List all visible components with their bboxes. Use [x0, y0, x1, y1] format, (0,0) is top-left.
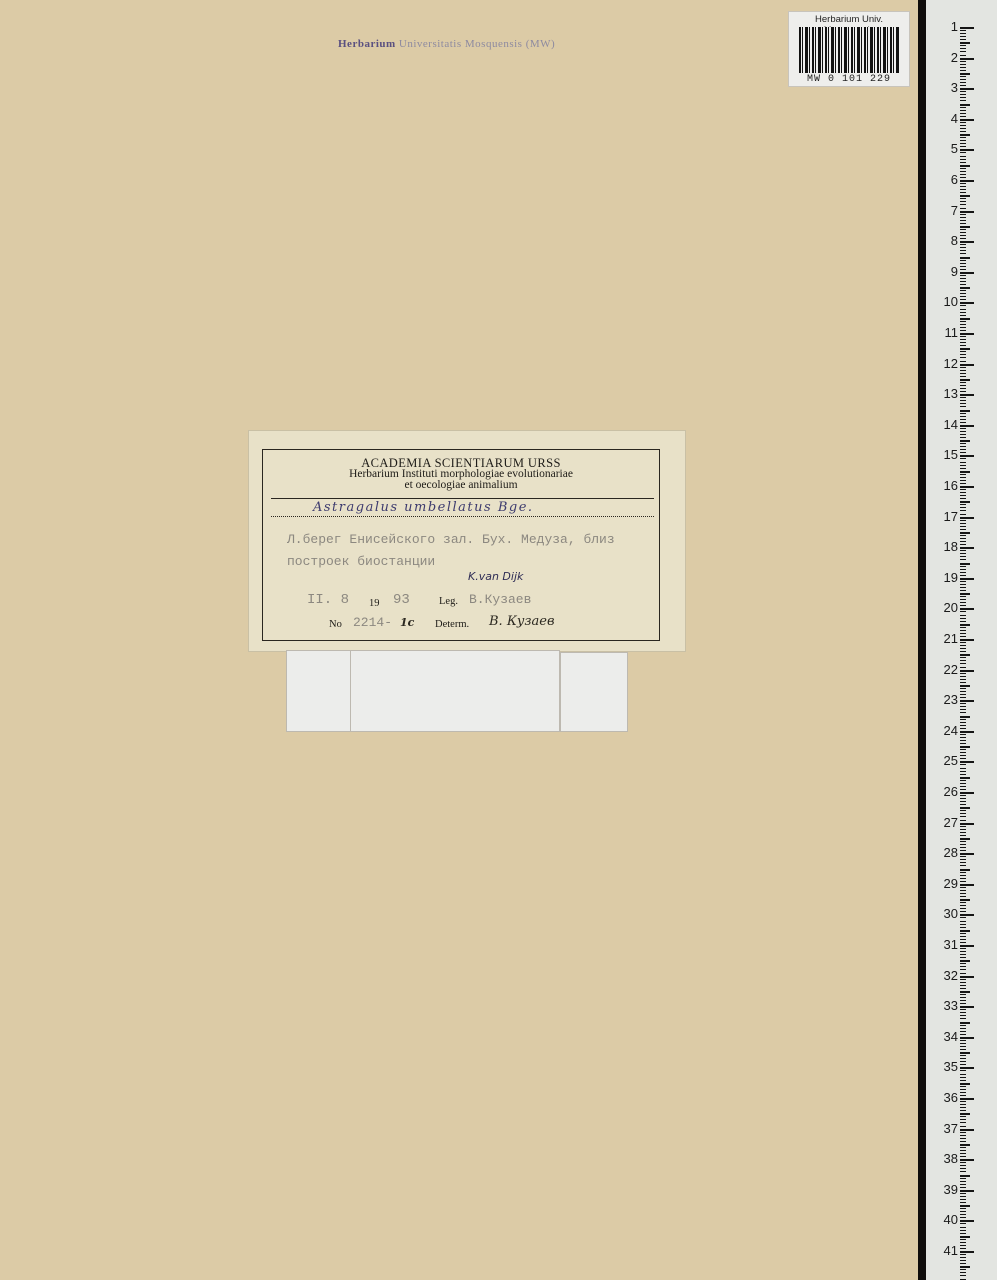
barcode-label: Herbarium Univ. Mosquensis MW 0 101 229	[788, 11, 910, 87]
ruler-tick	[960, 91, 966, 92]
ruler-tick	[960, 1279, 966, 1280]
ruler-tick	[960, 816, 966, 817]
ruler-tick	[960, 327, 966, 328]
ruler-tick	[960, 694, 966, 695]
ruler-tick	[960, 743, 966, 744]
ruler-tick	[960, 253, 966, 254]
collector-annotation: K.van Dijk	[468, 570, 523, 583]
ruler-tick	[960, 771, 966, 772]
ruler-tick	[960, 1245, 966, 1246]
ruler-number: 30	[928, 906, 958, 921]
ruler-tick	[960, 364, 974, 366]
ruler-tick	[960, 621, 966, 622]
ruler-tick	[960, 1248, 966, 1249]
ruler-tick	[960, 27, 974, 29]
ruler-tick	[960, 532, 970, 534]
ruler-tick	[960, 299, 966, 300]
ruler-tick	[960, 899, 970, 901]
ruler-tick	[960, 367, 966, 368]
ruler-tick	[960, 275, 966, 276]
ruler-tick	[960, 905, 966, 906]
ruler-tick	[960, 1275, 966, 1276]
ruler-tick	[960, 878, 966, 879]
ruler-tick	[960, 569, 966, 570]
ruler-tick	[960, 930, 970, 932]
ruler-number: 7	[928, 203, 958, 218]
ruler-tick	[960, 520, 966, 521]
ruler-tick	[960, 719, 966, 720]
ruler-tick	[960, 394, 974, 396]
ruler-tick	[960, 302, 974, 304]
ruler-tick	[960, 651, 966, 652]
ruler-tick	[960, 688, 966, 689]
ruler-tick	[960, 1119, 966, 1120]
ruler-tick	[960, 149, 974, 151]
ruler-tick	[960, 737, 966, 738]
packet-flap-right	[560, 652, 628, 732]
ruler-tick	[960, 985, 966, 986]
ruler-number: 4	[928, 111, 958, 126]
ruler-tick	[960, 339, 966, 340]
ruler-tick	[960, 639, 974, 641]
ruler-tick	[960, 1089, 966, 1090]
ruler-tick	[960, 795, 966, 796]
ruler-tick	[960, 725, 966, 726]
locality-line-1: Л.берег Енисейского зал. Бух. Медуза, бл…	[287, 532, 615, 547]
ruler-tick	[960, 608, 974, 610]
ruler-tick	[960, 587, 966, 588]
ruler-tick	[960, 1269, 966, 1270]
ruler-tick	[960, 419, 966, 420]
ruler-tick	[960, 70, 966, 71]
ruler-tick	[960, 465, 966, 466]
ruler-tick	[960, 1141, 966, 1142]
ruler-tick	[960, 471, 970, 473]
ruler-tick	[960, 535, 966, 536]
divider	[271, 498, 654, 499]
ruler-tick	[960, 691, 966, 692]
ruler-tick	[960, 1126, 966, 1127]
ruler-tick	[960, 523, 966, 524]
ruler-tick	[960, 260, 966, 261]
ruler-tick	[960, 45, 966, 46]
ruler-tick	[960, 566, 966, 567]
ruler-tick	[960, 110, 966, 111]
ruler-tick	[960, 908, 966, 909]
ruler-tick	[960, 1211, 966, 1212]
ruler-tick	[960, 140, 966, 141]
ruler-tick	[960, 584, 966, 585]
ruler-number: 22	[928, 662, 958, 677]
ruler-tick	[960, 611, 966, 612]
ruler-number: 41	[928, 1243, 958, 1258]
ruler-tick	[960, 1190, 974, 1192]
ruler-tick	[960, 1251, 974, 1253]
ruler-number: 8	[928, 233, 958, 248]
ruler-tick	[960, 1058, 966, 1059]
ruler-tick	[960, 1086, 966, 1087]
taxon-name: Astragalus umbellatus Bge.	[313, 500, 534, 515]
ruler-tick	[960, 942, 966, 943]
ruler-tick	[960, 76, 966, 77]
ruler-tick	[960, 804, 966, 805]
ruler-tick	[960, 544, 966, 545]
ruler-tick	[960, 615, 966, 616]
ruler-tick	[960, 266, 966, 267]
ruler-tick	[960, 663, 966, 664]
ruler-tick	[960, 746, 970, 748]
ruler-tick	[960, 468, 966, 469]
ruler-number: 12	[928, 356, 958, 371]
label-frame: ACADEMIA SCIENTIARUM URSS Herbarium Inst…	[262, 449, 660, 641]
ruler-tick	[960, 85, 966, 86]
ruler-tick	[960, 293, 966, 294]
ruler-tick	[960, 755, 966, 756]
ruler-tick	[960, 927, 966, 928]
ruler-tick	[960, 1003, 966, 1004]
ruler-tick	[960, 924, 966, 925]
ruler-tick	[960, 820, 966, 821]
ruler-tick	[960, 1242, 966, 1243]
ruler-tick	[960, 682, 966, 683]
ruler-tick	[960, 287, 970, 289]
herbarium-sheet: Herbarium Universitatis Mosquensis (MW) …	[0, 0, 918, 1280]
ruler-tick	[960, 100, 966, 101]
ruler-tick	[960, 826, 966, 827]
ruler-tick	[960, 768, 966, 769]
ruler-tick	[960, 670, 974, 672]
ruler-tick	[960, 896, 966, 897]
ruler-tick	[960, 315, 966, 316]
ruler-tick	[960, 477, 966, 478]
ruler-tick	[960, 829, 966, 830]
ruler-tick	[960, 624, 970, 626]
ruler-tick	[960, 425, 974, 427]
ruler-tick	[960, 881, 966, 882]
ruler-tick	[960, 921, 966, 922]
ruler-tick	[960, 1202, 966, 1203]
ruler-tick	[960, 1135, 966, 1136]
ruler-tick	[960, 1162, 966, 1163]
ruler-tick	[960, 370, 966, 371]
ruler-number: 34	[928, 1029, 958, 1044]
ruler-tick	[960, 128, 966, 129]
ruler-tick	[960, 42, 970, 44]
ruler-tick	[960, 636, 966, 637]
ruler-number: 38	[928, 1151, 958, 1166]
sheet-edge	[918, 0, 926, 1280]
ruler-tick	[960, 758, 966, 759]
ruler-tick	[960, 777, 970, 779]
ruler-tick	[960, 657, 966, 658]
ruler-tick	[960, 1165, 966, 1166]
ruler-tick	[960, 810, 966, 811]
ruler-tick	[960, 226, 970, 228]
ruler-tick	[960, 1015, 966, 1016]
specimen-label: ACADEMIA SCIENTIARUM URSS Herbarium Inst…	[248, 430, 686, 652]
ruler-tick	[960, 443, 966, 444]
ruler-tick	[960, 486, 974, 488]
packet-flap-left	[286, 650, 351, 732]
ruler-tick	[960, 296, 966, 297]
ruler-number: 39	[928, 1182, 958, 1197]
ruler-tick	[960, 1217, 966, 1218]
ruler-tick	[960, 1122, 966, 1123]
ruler-tick	[960, 410, 970, 412]
ruler-tick	[960, 761, 974, 763]
ruler-number: 24	[928, 723, 958, 738]
ruler-tick	[960, 257, 970, 259]
ruler-tick	[960, 309, 966, 310]
ruler-tick	[960, 48, 966, 49]
ruler-tick	[960, 645, 966, 646]
ruler-tick	[960, 1159, 974, 1161]
ruler-tick	[960, 452, 966, 453]
ruler-tick	[960, 572, 966, 573]
barcode-number: MW 0 101 229	[789, 74, 909, 85]
ruler-tick	[960, 887, 966, 888]
ruler-tick	[960, 529, 966, 530]
ruler-tick	[960, 1138, 966, 1139]
ruler-tick	[960, 198, 966, 199]
ruler-number: 6	[928, 172, 958, 187]
ruler-tick	[960, 605, 966, 606]
ruler-tick	[960, 278, 966, 279]
ruler-tick	[960, 685, 970, 687]
ruler-tick	[960, 991, 970, 993]
ruler-tick	[960, 214, 966, 215]
ruler-tick	[960, 483, 966, 484]
ruler-tick	[960, 1049, 966, 1050]
ruler-tick	[960, 1236, 970, 1238]
ruler-tick	[960, 1095, 966, 1096]
ruler-tick	[960, 590, 966, 591]
ruler-tick	[960, 673, 966, 674]
ruler-tick	[960, 431, 966, 432]
ruler-tick	[960, 933, 966, 934]
ruler-tick	[960, 869, 970, 871]
ruler-tick	[960, 1107, 966, 1108]
ruler-tick	[960, 602, 966, 603]
measurement-ruler: 1234567891011121314151617181920212223242…	[926, 0, 997, 1280]
ruler-tick	[960, 700, 974, 702]
ruler-tick	[960, 740, 966, 741]
ruler-tick	[960, 902, 966, 903]
ruler-number: 20	[928, 600, 958, 615]
ruler-tick	[960, 30, 966, 31]
ruler-tick	[960, 862, 966, 863]
ruler-tick	[960, 1070, 966, 1071]
ruler-tick	[960, 893, 966, 894]
ruler-tick	[960, 1061, 966, 1062]
ruler-tick	[960, 131, 966, 132]
determiner-name: В. Кузаев	[489, 614, 555, 629]
ruler-tick	[960, 397, 966, 398]
ruler-tick	[960, 507, 966, 508]
ruler-tick	[960, 1239, 966, 1240]
ruler-tick	[960, 232, 966, 233]
ruler-tick	[960, 263, 966, 264]
ruler-tick	[960, 400, 966, 401]
ruler-tick	[960, 113, 966, 114]
ruler-tick	[960, 1132, 966, 1133]
ruler-tick	[960, 1046, 966, 1047]
ruler-tick	[960, 731, 974, 733]
ruler-tick	[960, 911, 966, 912]
ruler-tick	[960, 627, 966, 628]
ruler-tick	[960, 1153, 966, 1154]
ruler-tick	[960, 498, 966, 499]
ruler-tick	[960, 403, 966, 404]
ruler-tick	[960, 413, 966, 414]
ruler-number: 16	[928, 478, 958, 493]
ruler-tick	[960, 428, 966, 429]
ruler-tick	[960, 1116, 966, 1117]
collection-date: II. 8	[307, 592, 349, 608]
collection-year: 93	[393, 592, 410, 608]
ruler-tick	[960, 208, 966, 209]
locality-line-2: построек биостанции	[287, 554, 435, 569]
ruler-tick	[960, 180, 974, 182]
ruler-number: 15	[928, 447, 958, 462]
ruler-tick	[960, 1040, 966, 1041]
ruler-tick	[960, 728, 966, 729]
ruler-tick	[960, 939, 966, 940]
ruler-tick	[960, 177, 966, 178]
ruler-tick	[960, 281, 966, 282]
ruler-number: 23	[928, 692, 958, 707]
ruler-number: 21	[928, 631, 958, 646]
ruler-tick	[960, 813, 966, 814]
ruler-tick	[960, 823, 974, 825]
ruler-tick	[960, 489, 966, 490]
ruler-tick	[960, 875, 966, 876]
dotted-divider	[271, 516, 654, 517]
century-label: 19	[369, 598, 380, 609]
ruler-tick	[960, 272, 974, 274]
specimen-packet	[350, 650, 560, 732]
ruler-tick	[960, 1181, 966, 1182]
ruler-tick	[960, 388, 966, 389]
ruler-tick	[960, 1052, 970, 1054]
ruler-tick	[960, 599, 966, 600]
ruler-tick	[960, 553, 966, 554]
ruler-tick	[960, 593, 970, 595]
ruler-tick	[960, 957, 966, 958]
ruler-tick	[960, 1193, 966, 1194]
ruler-tick	[960, 556, 966, 557]
ruler-number: 33	[928, 998, 958, 1013]
determ-label: Determ.	[435, 619, 469, 630]
ruler-tick	[960, 290, 966, 291]
ruler-tick	[960, 480, 966, 481]
ruler-tick	[960, 1067, 974, 1069]
ruler-number: 18	[928, 539, 958, 554]
ruler-tick	[960, 954, 966, 955]
ruler-tick	[960, 162, 966, 163]
ruler-tick	[960, 1092, 966, 1093]
ruler-tick	[960, 581, 966, 582]
ruler-tick	[960, 1196, 966, 1197]
ruler-tick	[960, 798, 966, 799]
ruler-tick	[960, 1077, 966, 1078]
specimen-number-suffix: 1c	[400, 616, 414, 629]
ruler-tick	[960, 94, 966, 95]
ruler-tick	[960, 82, 966, 83]
ruler-tick	[960, 1074, 966, 1075]
number-label: No	[329, 619, 342, 630]
ruler-tick	[960, 847, 966, 848]
ruler-tick	[960, 385, 966, 386]
ruler-tick	[960, 764, 966, 765]
collector-name: В.Кузаев	[469, 592, 531, 607]
ruler-tick	[960, 979, 966, 980]
ruler-tick	[960, 859, 966, 860]
ruler-number: 35	[928, 1059, 958, 1074]
ruler-tick	[960, 97, 966, 98]
ruler-tick	[960, 434, 966, 435]
ruler-tick	[960, 872, 966, 873]
ruler-tick	[960, 844, 966, 845]
ruler-tick	[960, 1104, 966, 1105]
ruler-number: 32	[928, 968, 958, 983]
ruler-tick	[960, 642, 966, 643]
ruler-tick	[960, 709, 966, 710]
ruler-tick	[960, 1080, 966, 1081]
ruler-tick	[960, 994, 966, 995]
ruler-tick	[960, 1223, 966, 1224]
ruler-tick	[960, 1043, 966, 1044]
ruler-tick	[960, 1263, 966, 1264]
ruler-number: 9	[928, 264, 958, 279]
ruler-tick	[960, 951, 966, 952]
ruler-tick	[960, 159, 966, 160]
ruler-number: 2	[928, 50, 958, 65]
ruler-tick	[960, 361, 966, 362]
ruler-tick	[960, 146, 966, 147]
ruler-tick	[960, 1129, 974, 1131]
ruler-tick	[960, 1064, 966, 1065]
ruler-tick	[960, 1150, 966, 1151]
ruler-tick	[960, 801, 966, 802]
ruler-number: 28	[928, 845, 958, 860]
ruler-tick	[960, 406, 966, 407]
ruler-tick	[960, 1266, 970, 1268]
ruler-tick	[960, 1214, 966, 1215]
ruler-tick	[960, 125, 966, 126]
ruler-tick	[960, 422, 966, 423]
ruler-tick	[960, 676, 966, 677]
ruler-tick	[960, 963, 966, 964]
ruler-tick	[960, 633, 966, 634]
ruler-tick	[960, 1187, 966, 1188]
ruler-tick	[960, 982, 966, 983]
ruler-tick	[960, 391, 966, 392]
ruler-tick	[960, 88, 974, 90]
ruler-number: 14	[928, 417, 958, 432]
ruler-tick	[960, 1037, 974, 1039]
ruler-tick	[960, 211, 974, 213]
ruler-tick	[960, 703, 966, 704]
ruler-tick	[960, 446, 966, 447]
ruler-tick	[960, 630, 966, 631]
ruler-tick	[960, 67, 966, 68]
ruler-tick	[960, 960, 970, 962]
ruler-tick	[960, 58, 974, 60]
ruler-tick	[960, 119, 974, 121]
ruler-tick	[960, 914, 974, 916]
ruler-tick	[960, 382, 966, 383]
